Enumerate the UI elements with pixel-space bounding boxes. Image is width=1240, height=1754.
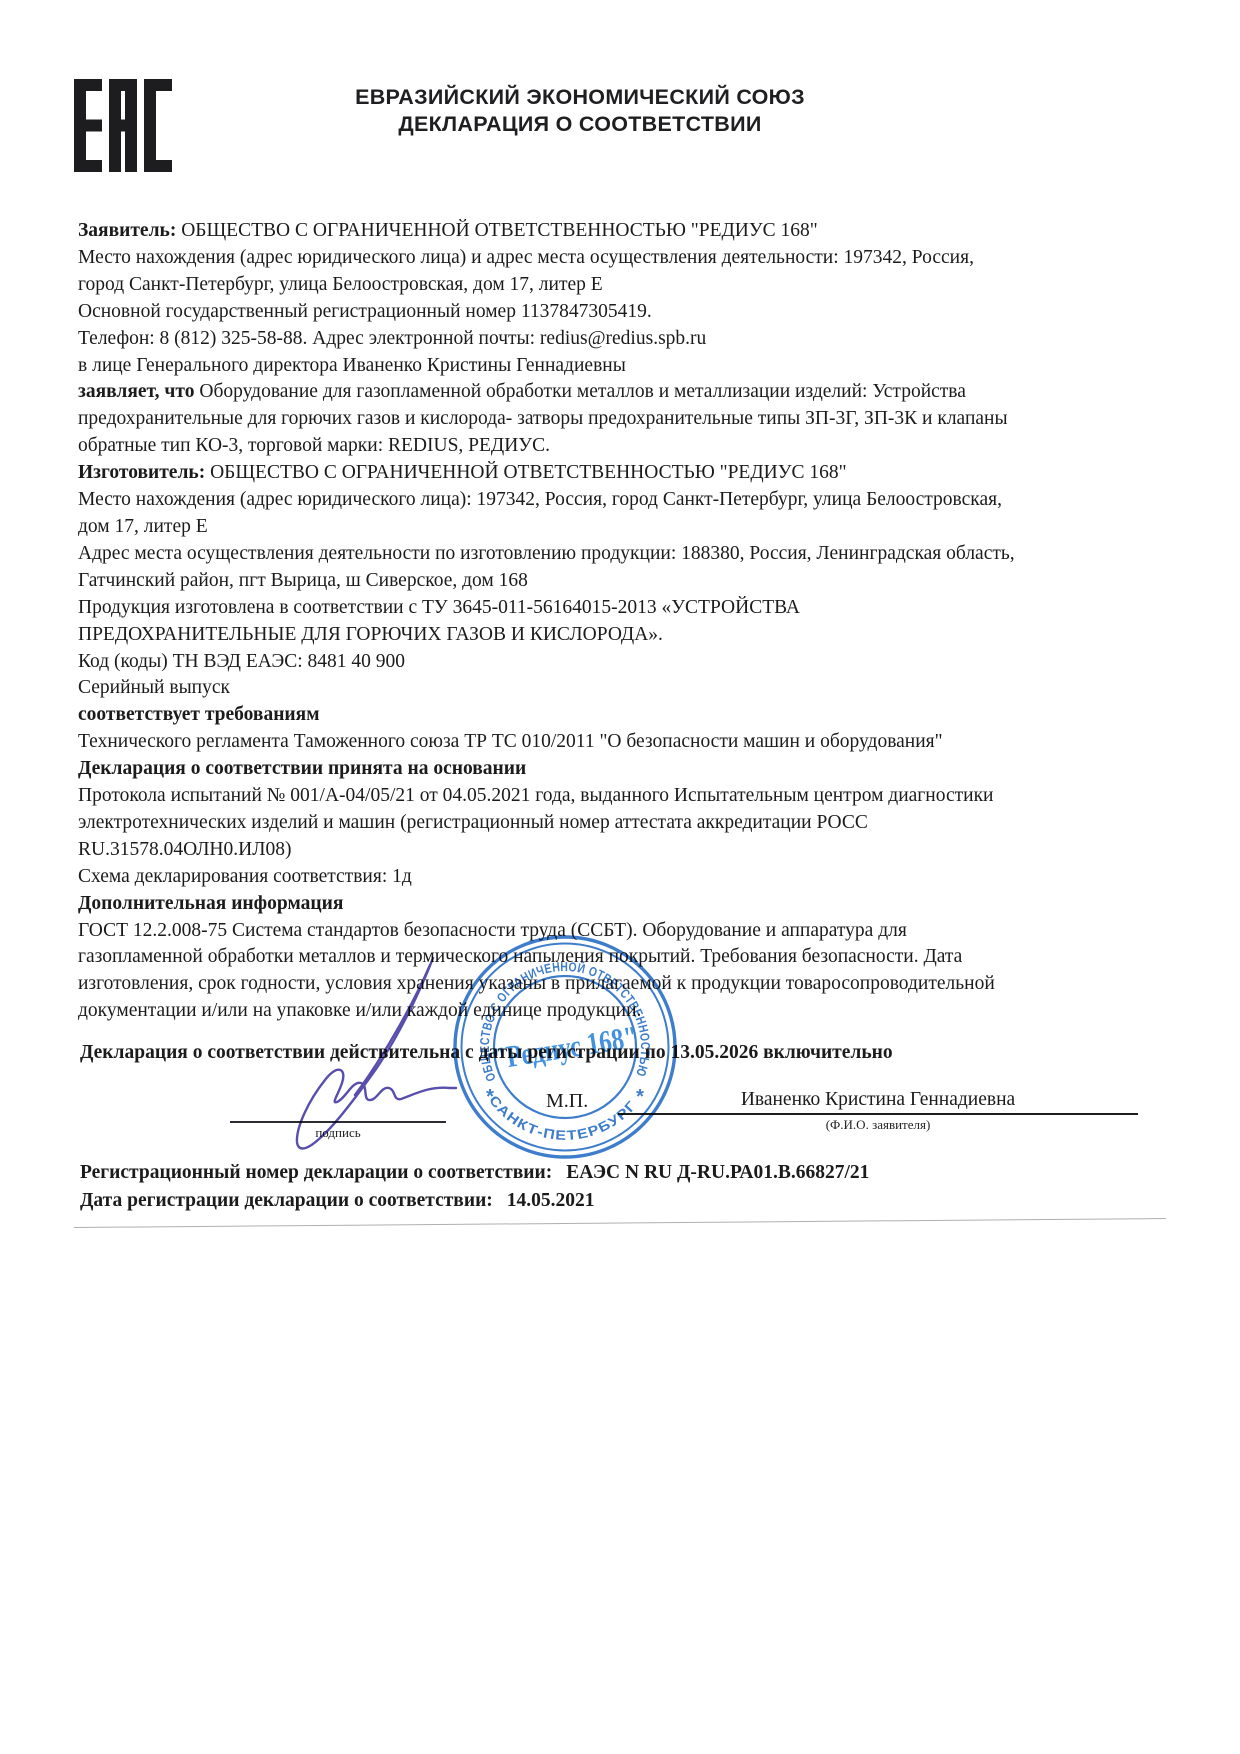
body-line: дом 17, литер Е	[78, 514, 1188, 541]
eac-mark-logo	[74, 79, 172, 173]
scan-artifact-line	[74, 1218, 1166, 1228]
body-line: Адрес места осуществления деятельности п…	[78, 541, 1188, 568]
document-body: Заявитель: ОБЩЕСТВО С ОГРАНИЧЕННОЙ ОТВЕТ…	[78, 218, 1188, 1025]
body-line: изготовления, срок годности, условия хра…	[78, 971, 1188, 998]
body-line: Схема декларирования соответствия: 1д	[78, 864, 1188, 891]
registration-number-row: Регистрационный номер декларации о соотв…	[80, 1162, 869, 1184]
body-line: газопламенной обработки металлов и терми…	[78, 944, 1188, 971]
body-line: Декларация о соответствии принята на осн…	[78, 756, 1188, 783]
body-line: Гатчинский район, пгт Вырица, ш Сиверско…	[78, 568, 1188, 595]
title-declaration: ДЕКЛАРАЦИЯ О СООТВЕТСТВИИ	[160, 111, 1000, 138]
body-line: в лице Генерального директора Иваненко К…	[78, 353, 1188, 380]
body-line: предохранительные для горючих газов и ки…	[78, 406, 1188, 433]
body-line: ПРЕДОХРАНИТЕЛЬНЫЕ ДЛЯ ГОРЮЧИХ ГАЗОВ И КИ…	[78, 622, 1188, 649]
body-line: Протокола испытаний № 001/А-04/05/21 от …	[78, 783, 1188, 810]
applicant-name-caption: (Ф.И.О. заявителя)	[618, 1117, 1138, 1133]
body-line: Телефон: 8 (812) 325-58-88. Адрес электр…	[78, 326, 1188, 353]
body-line: Серийный выпуск	[78, 675, 1188, 702]
body-line: Код (коды) ТН ВЭД ЕАЭС: 8481 40 900	[78, 649, 1188, 676]
page-title: ЕВРАЗИЙСКИЙ ЭКОНОМИЧЕСКИЙ СОЮЗ ДЕКЛАРАЦИ…	[160, 84, 1000, 138]
body-line: ГОСТ 12.2.008-75 Система стандартов безо…	[78, 918, 1188, 945]
body-line: обратные тип КО-3, торговой марки: REDIU…	[78, 433, 1188, 460]
declaration-document: ЕВРАЗИЙСКИЙ ЭКОНОМИЧЕСКИЙ СОЮЗ ДЕКЛАРАЦИ…	[0, 0, 1240, 1754]
body-line: RU.31578.04ОЛН0.ИЛ08)	[78, 837, 1188, 864]
applicant-name-line	[618, 1113, 1138, 1115]
registration-number-value: ЕАЭС N RU Д-RU.РА01.В.66827/21	[566, 1162, 869, 1183]
stamp-star-left: *	[486, 1086, 494, 1108]
body-line: Изготовитель: ОБЩЕСТВО С ОГРАНИЧЕННОЙ ОТ…	[78, 460, 1188, 487]
body-line: Место нахождения (адрес юридического лиц…	[78, 487, 1188, 514]
title-union: ЕВРАЗИЙСКИЙ ЭКОНОМИЧЕСКИЙ СОЮЗ	[160, 84, 1000, 111]
validity-statement: Декларация о соответствии действительна …	[80, 1042, 893, 1064]
registration-number-label: Регистрационный номер декларации о соотв…	[80, 1162, 552, 1183]
registration-date-label: Дата регистрации декларации о соответств…	[80, 1190, 493, 1211]
body-line: Заявитель: ОБЩЕСТВО С ОГРАНИЧЕННОЙ ОТВЕТ…	[78, 218, 1188, 245]
body-line: заявляет, что Оборудование для газопламе…	[78, 379, 1188, 406]
body-line: Дополнительная информация	[78, 891, 1188, 918]
body-line: Продукция изготовлена в соответствии с Т…	[78, 595, 1188, 622]
seal-place-mark: М.П.	[546, 1090, 588, 1113]
registration-date-value: 14.05.2021	[507, 1190, 595, 1211]
body-line: соответствует требованиям	[78, 702, 1188, 729]
signature-line	[230, 1121, 446, 1123]
applicant-name: Иваненко Кристина Геннадиевна	[618, 1089, 1138, 1111]
registration-date-row: Дата регистрации декларации о соответств…	[80, 1190, 595, 1212]
body-line: Технического регламента Таможенного союз…	[78, 729, 1188, 756]
body-line: Место нахождения (адрес юридического лиц…	[78, 245, 1188, 272]
body-line: город Санкт-Петербург, улица Белоостровс…	[78, 272, 1188, 299]
signature-caption: подпись	[230, 1125, 446, 1141]
body-line: документации и/или на упаковке и/или каж…	[78, 998, 1188, 1025]
body-line: электротехнических изделий и машин (реги…	[78, 810, 1188, 837]
body-line: Основной государственный регистрационный…	[78, 299, 1188, 326]
